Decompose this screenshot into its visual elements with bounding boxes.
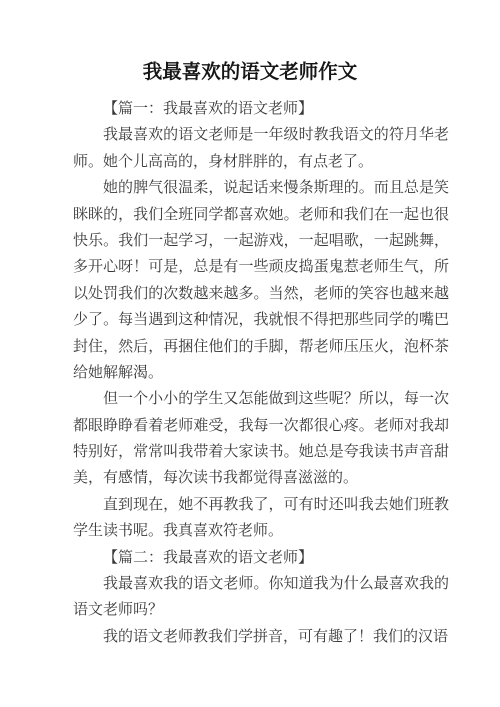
essay-title: 我最喜欢的语文老师作文 <box>0 58 500 87</box>
text-line: 少了。每当遇到这种情况，我就恨不得把那些同学的嘴巴 <box>73 307 449 333</box>
text-line: 以处罚我们的次数越来越多。当然，老师的笑容也越来越 <box>73 281 449 307</box>
text-line: 我最喜欢我的语文老师。你知道我为什么最喜欢我的 <box>73 571 449 597</box>
text-line: 语文老师吗？ <box>73 597 449 623</box>
document-page: 我最喜欢的语文老师作文 【篇一：我最喜欢的语文老师】我最喜欢的语文老师是一年级时… <box>0 0 500 707</box>
text-line: 师。她个儿高高的，身材胖胖的，有点老了。 <box>73 149 449 175</box>
text-line: 但一个小小的学生又怎能做到这些呢？所以，每一次 <box>73 386 449 412</box>
text-line: 美，有感情，每次读书我都觉得喜滋滋的。 <box>73 465 449 491</box>
text-line: 都眼睁睁看着老师难受，我每一次都很心疼。老师对我却 <box>73 413 449 439</box>
text-line: 特别好，常常叫我带着大家读书。她总是夸我读书声音甜 <box>73 439 449 465</box>
text-line: 眯眯的，我们全班同学都喜欢她。老师和我们在一起也很 <box>73 202 449 228</box>
text-line: 她的脾气很温柔，说起话来慢条斯理的。而且总是笑 <box>73 175 449 201</box>
text-line: 多开心呀！可是，总是有一些顽皮捣蛋鬼惹老师生气，所 <box>73 254 449 280</box>
section-heading: 【篇一：我最喜欢的语文老师】 <box>73 96 449 122</box>
section-heading: 【篇二：我最喜欢的语文老师】 <box>73 545 449 571</box>
text-line: 我最喜欢的语文老师是一年级时教我语文的符月华老 <box>73 122 449 148</box>
text-line: 学生读书呢。我真喜欢符老师。 <box>73 518 449 544</box>
essay-body: 【篇一：我最喜欢的语文老师】我最喜欢的语文老师是一年级时教我语文的符月华老师。她… <box>73 96 449 650</box>
text-line: 直到现在，她不再教我了，可有时还叫我去她们班教 <box>73 492 449 518</box>
text-line: 给她解解渴。 <box>73 360 449 386</box>
text-line: 封住，然后，再捆住他们的手脚，帮老师压压火，泡杯茶 <box>73 334 449 360</box>
text-line: 快乐。我们一起学习，一起游戏，一起唱歌，一起跳舞， <box>73 228 449 254</box>
text-line: 我的语文老师教我们学拼音，可有趣了！我们的汉语 <box>73 624 449 650</box>
